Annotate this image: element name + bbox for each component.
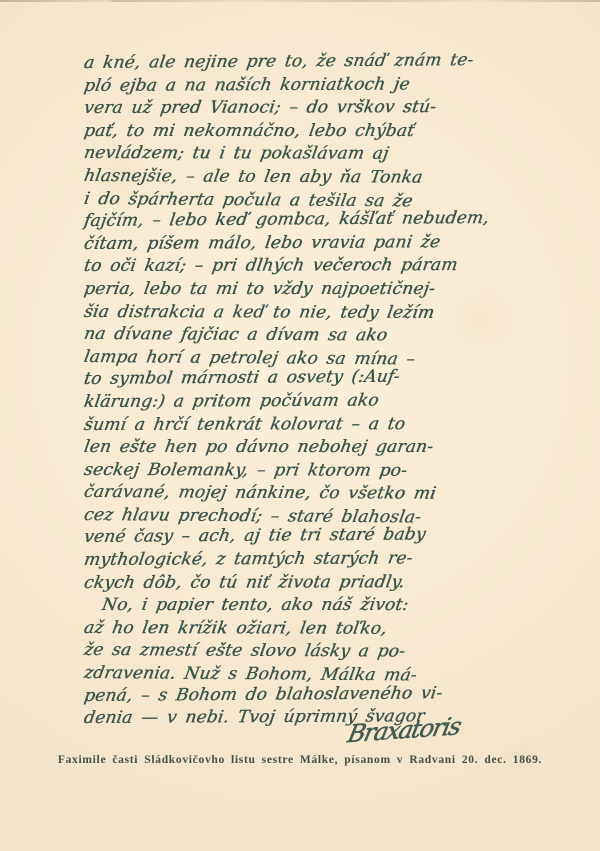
letter-line: klärung:) a pritom počúvam ako [82,389,545,414]
letter-line: a kné, ale nejine pre to, že snáď znám t… [82,49,545,75]
letter-line: vera už pred Vianoci; – do vrškov stú- [82,96,546,120]
letter-line: že sa zmestí ešte slovo lásky a po- [82,639,546,664]
letter-line: nevládzem; tu i tu pokašlávam aj [82,142,546,166]
letter-line: pať, to mi nekomnáčno, lebo chýbať [82,120,546,143]
letter-line: šia distrakcia a keď to nie, tedy ležím [82,301,546,325]
caption: Faximile časti Sládkovičovho listu sestr… [30,754,570,766]
letter-line: No, i papier tento, ako náš život: [82,594,546,617]
letter-line: ckych dôb, čo tú niť života priadly. [82,571,546,595]
scanned-book-page: a kné, ale nejine pre to, že snáď znám t… [0,0,600,851]
letter-line: fajčím, – lebo keď gombca, kášľať nebude… [82,207,545,233]
letter-line: čítam, píšem málo, lebo vravia pani že [82,230,545,255]
letter-lines: a kné, ale nejine pre to, že snáď znám t… [84,52,544,730]
letter-line: to symbol márnosti a osvety (:Auf- [82,365,545,391]
letter-line: šumí a hrčí tenkrát kolovrat – a to [82,412,546,436]
letter-line: na dívane fajčiac a dívam sa ako [82,323,546,348]
letter-line: čarávané, mojej nánkine, čo všetko mi [82,481,546,506]
letter-line: pená, – s Bohom do blahoslaveného vi- [82,681,545,707]
letter-line: denia — v nebi. Tvoj úprimný švagor [82,705,545,730]
handwritten-letter-facsimile: a kné, ale nejine pre to, že snáď znám t… [84,52,544,730]
letter-line: mythologické, z tamtých starých re- [82,547,545,572]
letter-line: seckej Bolemanky, – pri ktorom po- [82,459,546,483]
letter-line: peria, lebo ta mi to vždy najpoetičnej- [82,278,546,301]
letter-line: pló ejba a na naších korniatkoch je [82,72,545,97]
letter-line: to oči kazí; – pri dlhých večeroch páram [82,254,546,278]
scan-edge-artifact [0,0,600,2]
letter-line: vené časy – ach, aj tie tri staré baby [82,523,545,549]
letter-line: len ešte hen po dávno nebohej garan- [82,436,546,459]
letter-line: hlasnejšie, – ale to len aby ňa Tonka [82,165,546,190]
letter-line: až ho len krížik ožiari, len toľko, [82,617,546,641]
